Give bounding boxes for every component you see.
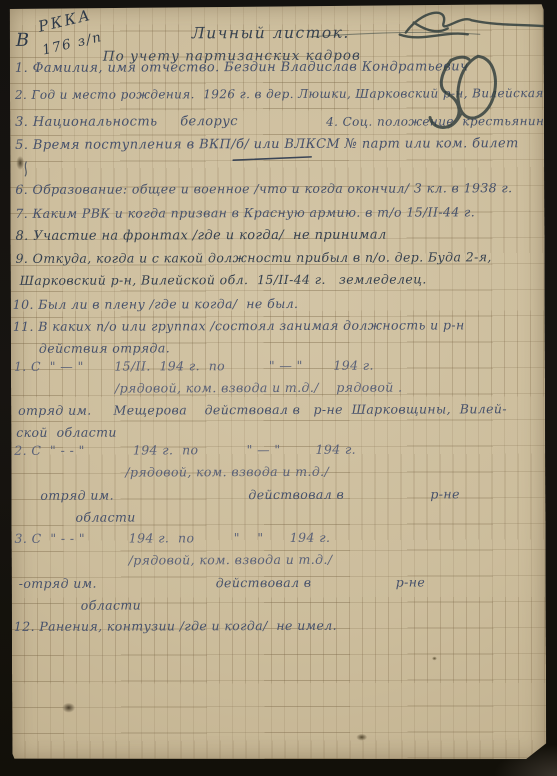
paper-stain: [356, 734, 367, 741]
handwritten-line: 1. С " — " 15/II. 194 г. по " — " 194 г.: [14, 359, 374, 374]
handwritten-fields: 1. Фамилия, имя отчество. Бездин Владисл…: [10, 4, 544, 6]
handwritten-line: ской области: [16, 426, 117, 440]
handwritten-line: р-не: [396, 575, 426, 589]
paper-stain: [432, 656, 437, 660]
document-title: Личный листок.: [192, 24, 350, 43]
handwritten-line: 6. Образование: общее и военное /что и к…: [15, 181, 512, 196]
handwritten-line: действовал в: [248, 488, 344, 502]
handwritten-line: 12. Ранения, контузии /где и когда/ не и…: [14, 619, 337, 634]
handwritten-line: действия отряда.: [39, 341, 170, 355]
handwritten-line: 3. Национальность белорус: [15, 115, 238, 130]
handwritten-line: р-не: [430, 487, 460, 501]
blank-underline: [25, 157, 311, 176]
handwritten-line: области: [81, 598, 141, 612]
handwritten-line: -отряд им.: [19, 577, 97, 591]
handwritten-line: Шарковский р-н, Вилейской обл. 15/II-44 …: [20, 272, 427, 287]
handwritten-line: 5. Время поступления в ВКП/б/ или ВЛКСМ …: [15, 137, 519, 153]
handwritten-line: 10. Был ли в плену /где и когда/ не был.: [13, 297, 299, 312]
handwritten-line: /рядовой, ком. взвода и т.д./: [129, 553, 333, 567]
handwritten-line: 2. Год и место рождения. 1926 г. в дер. …: [15, 87, 557, 102]
handwritten-line: отряд им.: [40, 489, 114, 503]
document-page: В РККА 176 з/п Личный листок. По учету п…: [10, 4, 547, 761]
corner-note-rkka: РККА: [36, 6, 93, 36]
handwritten-line: 3. С " - - " 194 г. по " " 194 г.: [15, 531, 331, 546]
handwritten-line: 4. Соц. положение крестьянин: [326, 115, 544, 129]
handwritten-line: /рядовой, ком. взвода и т.д./: [125, 465, 329, 479]
handwritten-line: 7. Каким РВК и когда призван в Красную а…: [15, 205, 475, 220]
scan-background: В РККА 176 з/п Личный листок. По учету п…: [0, 0, 557, 776]
handwritten-line: отряд им. Мещерова действовал в р-не Шар…: [18, 402, 507, 417]
handwritten-line: области: [75, 510, 135, 524]
corner-note-prefix: В: [16, 30, 29, 51]
handwritten-line: 11. В каких п/о или группах /состоял зан…: [13, 318, 465, 333]
handwritten-line: /рядовой, ком. взвода и т.д./ рядовой .: [115, 381, 403, 396]
paper-stain: [62, 703, 75, 713]
handwritten-line: действовал в: [216, 576, 312, 590]
handwritten-line: 2. С " - - " 194 г. по " — " 194 г.: [14, 443, 356, 458]
handwritten-line: 9. Откуда, когда и с какой должности при…: [16, 250, 492, 265]
handwritten-line: 1. Фамилия, имя отчество. Бездин Владисл…: [15, 60, 469, 76]
paper-stain: [16, 156, 24, 170]
handwritten-line: 8. Участие на фронтах /где и когда/ не п…: [15, 229, 386, 245]
